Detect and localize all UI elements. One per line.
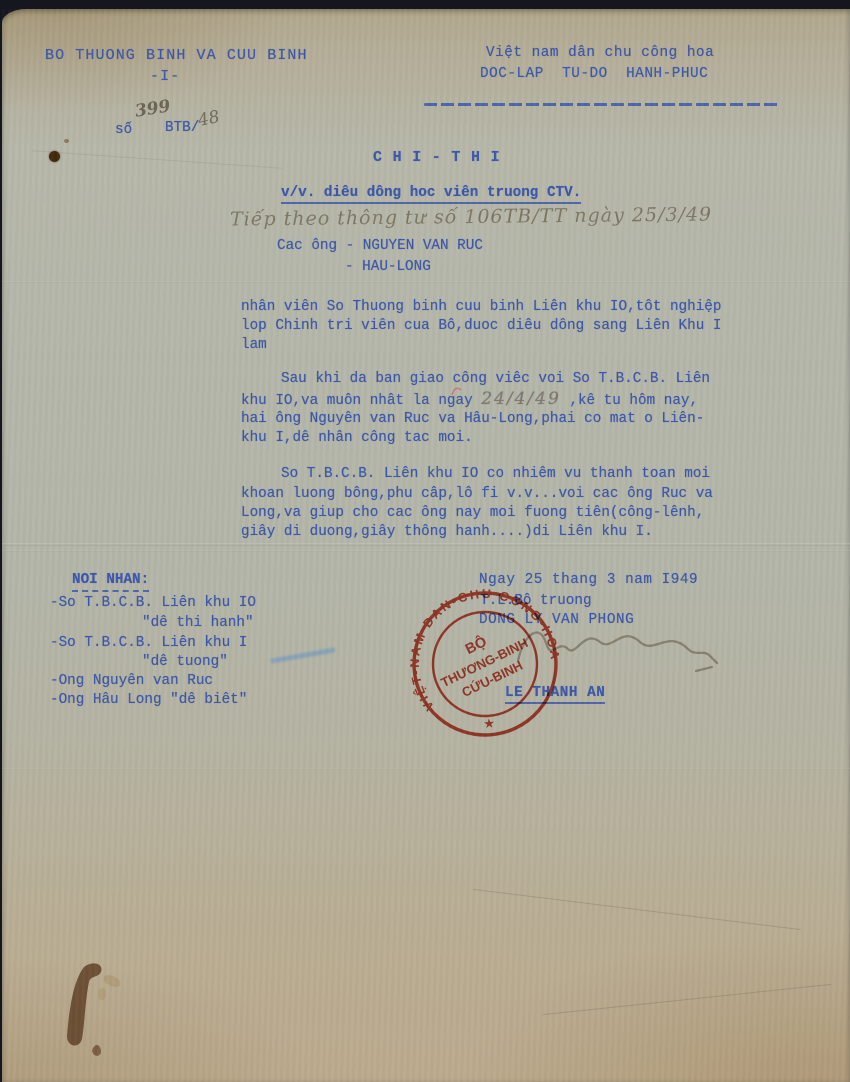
recipients-header: NOI NHAN: bbox=[72, 572, 149, 592]
fold-crease bbox=[2, 768, 850, 770]
ministry-name: BO THUONG BINH VA CUU BINH bbox=[45, 46, 308, 65]
fold-crease bbox=[2, 281, 850, 283]
body-line: giây di duong,giây thông hanh....)di Liê… bbox=[241, 523, 653, 542]
national-motto: DOC-LAP TU-DO HANH-PHUC bbox=[480, 65, 708, 84]
recipient-line: -So T.B.C.B. Liên khu IO bbox=[50, 594, 256, 613]
recipient-line: -Ong Hâu Long "dê biêt" bbox=[50, 691, 247, 710]
document-page: BO THUONG BINH VA CUU BINH -I- số BTB/ 3… bbox=[2, 9, 850, 1082]
body-line: lam bbox=[241, 336, 267, 355]
handwritten-ref-suffix: 48 bbox=[196, 107, 221, 131]
ref-label: số bbox=[115, 121, 132, 140]
blue-pencil-mark bbox=[270, 647, 336, 663]
recipient-line: -Ong Nguyên van Ruc bbox=[50, 672, 213, 691]
scan-background: BO THUONG BINH VA CUU BINH -I- số BTB/ 3… bbox=[0, 0, 850, 1082]
body-line: So T.B.C.B. Liên khu IO co nhiêm vu than… bbox=[281, 465, 710, 484]
recipient-line: "dê tuong" bbox=[142, 653, 228, 672]
body-line: khu IO,va muôn nhât la ngay 24/4/49 ,kê … bbox=[241, 390, 698, 411]
wrinkle-line bbox=[32, 150, 281, 168]
body-line: khoan luong bông,phu câp,lô fi v.v...voi… bbox=[241, 485, 713, 504]
ink-spot bbox=[49, 151, 60, 162]
recipient-line: -So T.B.C.B. Liên khu I bbox=[50, 634, 247, 653]
recipient-line: "dê thi hanh" bbox=[142, 614, 254, 633]
national-title: Việt nam dân chu công hoa bbox=[486, 44, 714, 63]
red-stray-mark bbox=[450, 383, 464, 399]
ink-stain bbox=[54, 959, 144, 1059]
ministry-roman-numeral: -I- bbox=[150, 67, 180, 86]
document-title: C H I - T H I bbox=[373, 148, 500, 167]
body-line: Sau khi da ban giao công viêc voi So T.B… bbox=[281, 370, 710, 389]
document-subject: v/v. diêu dông hoc viên truong CTV. bbox=[281, 185, 581, 204]
motto-divider bbox=[424, 103, 780, 106]
body-line: Long,va giup cho cac ông nay moi fuong t… bbox=[241, 504, 704, 523]
stamp-star-icon: ★ bbox=[483, 715, 496, 731]
body-line: hai ông Nguyên van Ruc va Hâu-Long,phai … bbox=[241, 410, 704, 429]
handwritten-ref-number: 399 bbox=[134, 96, 172, 121]
fold-crease bbox=[2, 550, 850, 552]
addressee-line-1: Cac ông - NGUYEN VAN RUC bbox=[277, 237, 483, 256]
body-line: lop Chinh tri viên cua Bô,duoc diêu dông… bbox=[241, 317, 721, 336]
fold-crease bbox=[2, 543, 850, 546]
handwritten-annotation: Tiếp theo thông tư số 106TB/TT ngày 25/3… bbox=[230, 203, 712, 230]
ref-number: BTB/ bbox=[165, 119, 199, 138]
body-line: khu I,dê nhân công tac moi. bbox=[241, 429, 473, 448]
ink-spot bbox=[64, 139, 69, 143]
wrinkle-line bbox=[473, 889, 801, 930]
wrinkle-line bbox=[543, 984, 832, 1015]
handwritten-date: 24/4/49 bbox=[481, 389, 561, 409]
body-line: nhân viên So Thuong binh cuu binh Liên k… bbox=[241, 298, 721, 317]
official-stamp: VIỆT-NAM DAN-CHU CONG-HOA ★ BỘ THƯƠNG-BI… bbox=[394, 573, 575, 754]
addressee-line-2: - HAU-LONG bbox=[345, 258, 431, 277]
